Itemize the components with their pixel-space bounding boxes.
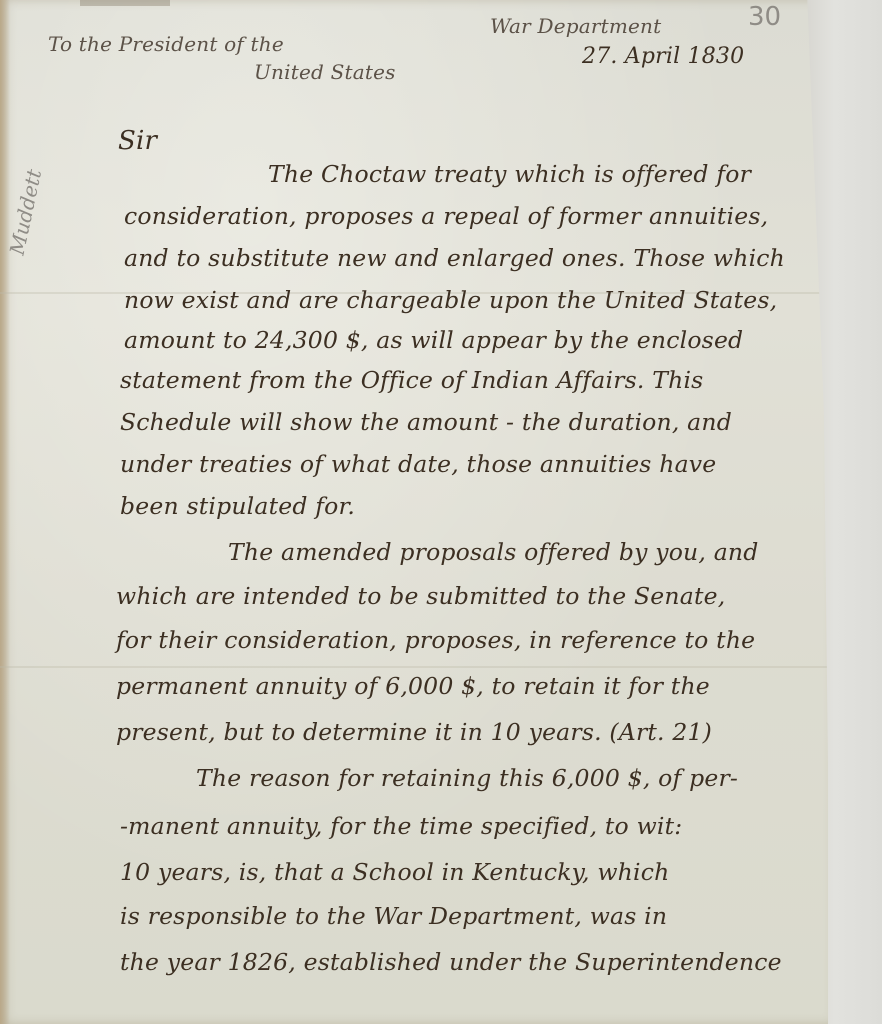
body-line: which are intended to be submitted to th… (116, 582, 725, 610)
body-line: The reason for retaining this 6,000 $, o… (196, 764, 738, 792)
manuscript-page: 30 To the President of the United States… (0, 0, 828, 1024)
body-line: 10 years, is, that a School in Kentucky,… (120, 858, 669, 886)
body-line: now exist and are chargeable upon the Un… (124, 286, 777, 314)
body-line: been stipulated for. (120, 492, 355, 520)
body-line: is responsible to the War Department, wa… (120, 902, 667, 930)
header-date: 27. April 1830 (582, 44, 744, 69)
body-line: -manent annuity, for the time specified,… (120, 812, 682, 840)
fold-line (0, 666, 828, 668)
salutation: Sir (118, 126, 157, 156)
body-line: the year 1826, established under the Sup… (120, 948, 782, 976)
body-line: The Choctaw treaty which is offered for (268, 160, 751, 188)
body-line: amount to 24,300 $, as will appear by th… (124, 326, 743, 354)
addressee-line-2: United States (254, 60, 396, 84)
page-edge-shadow (0, 0, 10, 1024)
addressee-line-1: To the President of the (48, 32, 284, 56)
body-line: permanent annuity of 6,000 $, to retain … (116, 672, 710, 700)
body-line: The amended proposals offered by you, an… (228, 538, 759, 566)
body-line: and to substitute new and enlarged ones.… (124, 244, 785, 272)
body-line: present, but to determine it in 10 years… (116, 718, 712, 746)
body-line: under treaties of what date, those annui… (120, 450, 716, 478)
body-line: statement from the Office of Indian Affa… (120, 366, 703, 394)
mount-strip (80, 0, 170, 6)
archival-page-number: 30 (748, 2, 781, 32)
body-line: consideration, proposes a repeal of form… (124, 202, 768, 230)
body-line: for their consideration, proposes, in re… (116, 626, 755, 654)
header-department: War Department (490, 14, 661, 38)
margin-annotation: Muddett (5, 167, 47, 257)
body-line: Schedule will show the amount - the dura… (120, 408, 732, 436)
